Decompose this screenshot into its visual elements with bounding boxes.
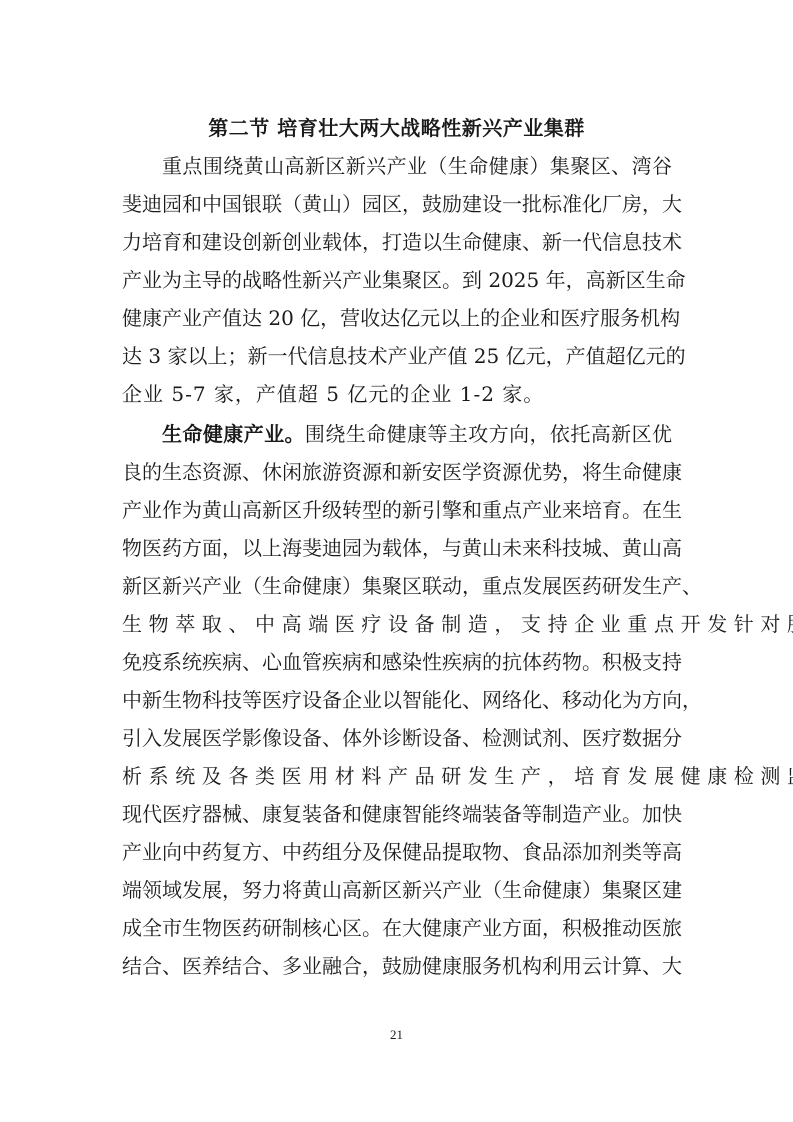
text-line: 新区新兴产业（生命健康）集聚区联动，重点发展医药研发生产、 <box>122 572 672 600</box>
text-line: 成全市生物医药研制核心区。在大健康产业方面，积极推动医旅 <box>122 914 672 942</box>
text-line: 产业作为黄山高新区升级转型的新引擎和重点产业来培育。在生 <box>122 496 672 524</box>
text-line: 免疫系统疾病、心血管疾病和感染性疾病的抗体药物。积极支持 <box>122 648 672 676</box>
subsection-heading: 生命健康产业。 <box>162 422 305 446</box>
text-line: 物医药方面，以上海斐迪园为载体，与黄山未来科技城、黄山高 <box>122 534 672 562</box>
text-line: 生物萃取、中高端医疗设备制造，支持企业重点开发针对肿瘤、 <box>122 610 682 638</box>
text-line: 产业为主导的战略性新兴产业集聚区。到 2025 年，高新区生命 <box>122 266 672 294</box>
text-line: 现代医疗器械、康复装备和健康智能终端装备等制造产业。加快 <box>122 800 672 828</box>
text-line: 引入发展医学影像设备、体外诊断设备、检测试剂、医疗数据分 <box>122 724 672 752</box>
text-line: 力培育和建设创新创业载体，打造以生命健康、新一代信息技术 <box>122 228 672 256</box>
text-line: 企业 5-7 家，产值超 5 亿元的企业 1-2 家。 <box>122 380 682 408</box>
text-line: 斐迪园和中国银联（黄山）园区，鼓励建设一批标准化厂房，大 <box>122 190 672 218</box>
text-line: 健康产业产值达 20 亿，营收达亿元以上的企业和医疗服务机构 <box>122 304 672 332</box>
text-line: 达 3 家以上；新一代信息技术产业产值 25 亿元，产值超亿元的 <box>122 342 672 370</box>
page-number: 21 <box>0 1027 793 1043</box>
text-line: 结合、医养结合、多业融合，鼓励健康服务机构利用云计算、大 <box>122 952 672 980</box>
text-line: 生命健康产业。围绕生命健康等主攻方向，依托高新区优 <box>162 420 672 448</box>
text-line: 析系统及各类医用材料产品研发生产，培育发展健康检测监测、 <box>122 762 682 790</box>
text-line: 端领域发展，努力将黄山高新区新兴产业（生命健康）集聚区建 <box>122 876 672 904</box>
text-line: 良的生态资源、休闲旅游资源和新安医学资源优势，将生命健康 <box>122 458 672 486</box>
text-line: 重点围绕黄山高新区新兴产业（生命健康）集聚区、湾谷 <box>162 152 672 180</box>
text-line: 产业向中药复方、中药组分及保健品提取物、食品添加剂类等高 <box>122 838 672 866</box>
section-title: 第二节 培育壮大两大战略性新兴产业集群 <box>0 112 793 141</box>
text-line: 中新生物科技等医疗设备企业以智能化、网络化、移动化为方向， <box>122 686 672 714</box>
